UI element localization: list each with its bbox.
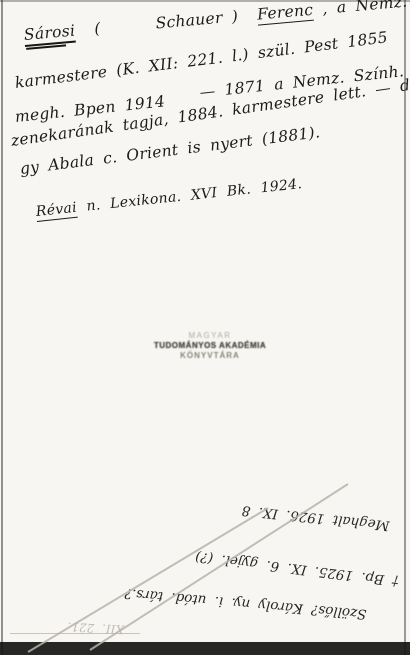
entry-paren-open: ( — [93, 19, 101, 37]
entry-line-1-rest: , a Nemz. Szính. — [322, 0, 410, 18]
stamp-line-2: TUDOMÁNYOS AKADÉMIA — [140, 341, 280, 351]
entry-surname: Sárosi — [23, 22, 76, 47]
index-card-scan: Sárosi ( Schauer ) Ferenc , a Nemz. Szín… — [0, 0, 410, 655]
entry-given-name: Ferenc — [256, 1, 314, 26]
citation-rest: n. Lexikona. XVI Bk. 1924. — [86, 176, 303, 215]
inverted-note-1: Meghalt 1926. IX. 8 — [150, 493, 390, 534]
entry-alt-name: Schauer ) — [155, 7, 239, 32]
stamp-line-3: KÖNYVTÁRA — [140, 351, 280, 361]
citation-source: Révai — [35, 200, 78, 222]
scan-edge-bottom — [0, 642, 410, 655]
stamp-line-1: MAGYAR — [140, 331, 280, 341]
inverted-note-3: Szöllős? Károly ny. i. utód. társ.? — [42, 578, 367, 622]
scan-edge-right — [404, 0, 406, 655]
scan-edge-left — [1, 0, 3, 655]
citation-line: Révai n. Lexikona. XVI Bk. 1924. — [35, 176, 303, 220]
inverted-note-2: † Bp. 1925. IX. 6. gyjel. (?) — [100, 537, 400, 589]
library-stamp: MAGYAR TUDOMÁNYOS AKADÉMIA KÖNYVTÁRA — [140, 331, 280, 361]
